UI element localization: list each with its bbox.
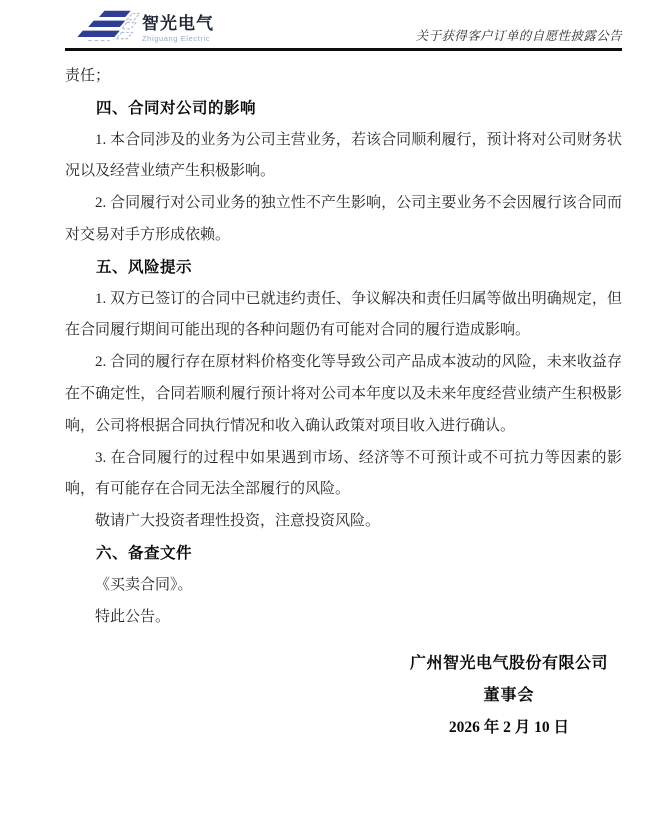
paragraph: 2. 合同履行对公司业务的独立性不产生影响，公司主要业务不会因履行该合同而对交易… [65,188,622,252]
company-name: 广州智光电气股份有限公司 [410,648,608,680]
paragraph-closing: 特此公告。 [65,602,622,634]
paragraph-reference-doc: 《买卖合同》。 [65,570,622,602]
paragraph-carryover: 责任； [65,61,622,93]
logo-subtitle: Zhiguang Electric [142,34,214,43]
paragraph: 1. 本合同涉及的业务为公司主营业务，若该合同顺利履行，预计将对公司财务状况以及… [65,125,622,189]
section-heading-documents: 六、备查文件 [65,538,622,570]
paragraph-investor-note: 敬请广大投资者理性投资，注意投资风险。 [65,506,622,538]
header-divider [65,48,622,51]
board-label: 董事会 [410,680,608,712]
paragraph: 2. 合同的履行存在原材料价格变化等导致公司产品成本波动的风险，未来收益存在不确… [65,347,622,442]
signature-block: 广州智光电气股份有限公司 董事会 2026 年 2 月 10 日 [410,648,608,744]
zhiguang-logo-icon [77,8,141,46]
section-heading-risk: 五、风险提示 [65,252,622,284]
announcement-page: 智光电气 Zhiguang Electric 关于获得客户订单的自愿性披露公告 … [0,0,662,826]
company-logo: 智光电气 Zhiguang Electric [77,8,214,46]
document-title: 关于获得客户订单的自愿性披露公告 [416,26,622,46]
logo-text: 智光电气 Zhiguang Electric [142,15,214,43]
announcement-date: 2026 年 2 月 10 日 [410,712,608,744]
page-header: 智光电气 Zhiguang Electric 关于获得客户订单的自愿性披露公告 [65,8,622,46]
paragraph: 1. 双方已签订的合同中已就违约责任、争议解决和责任归属等做出明确规定，但在合同… [65,284,622,348]
section-heading-impact: 四、合同对公司的影响 [65,93,622,125]
document-body: 责任； 四、合同对公司的影响 1. 本合同涉及的业务为公司主营业务，若该合同顺利… [65,61,622,633]
logo-title: 智光电气 [142,15,214,33]
paragraph: 3. 在合同履行的过程中如果遇到市场、经济等不可预计或不可抗力等因素的影响，有可… [65,443,622,507]
